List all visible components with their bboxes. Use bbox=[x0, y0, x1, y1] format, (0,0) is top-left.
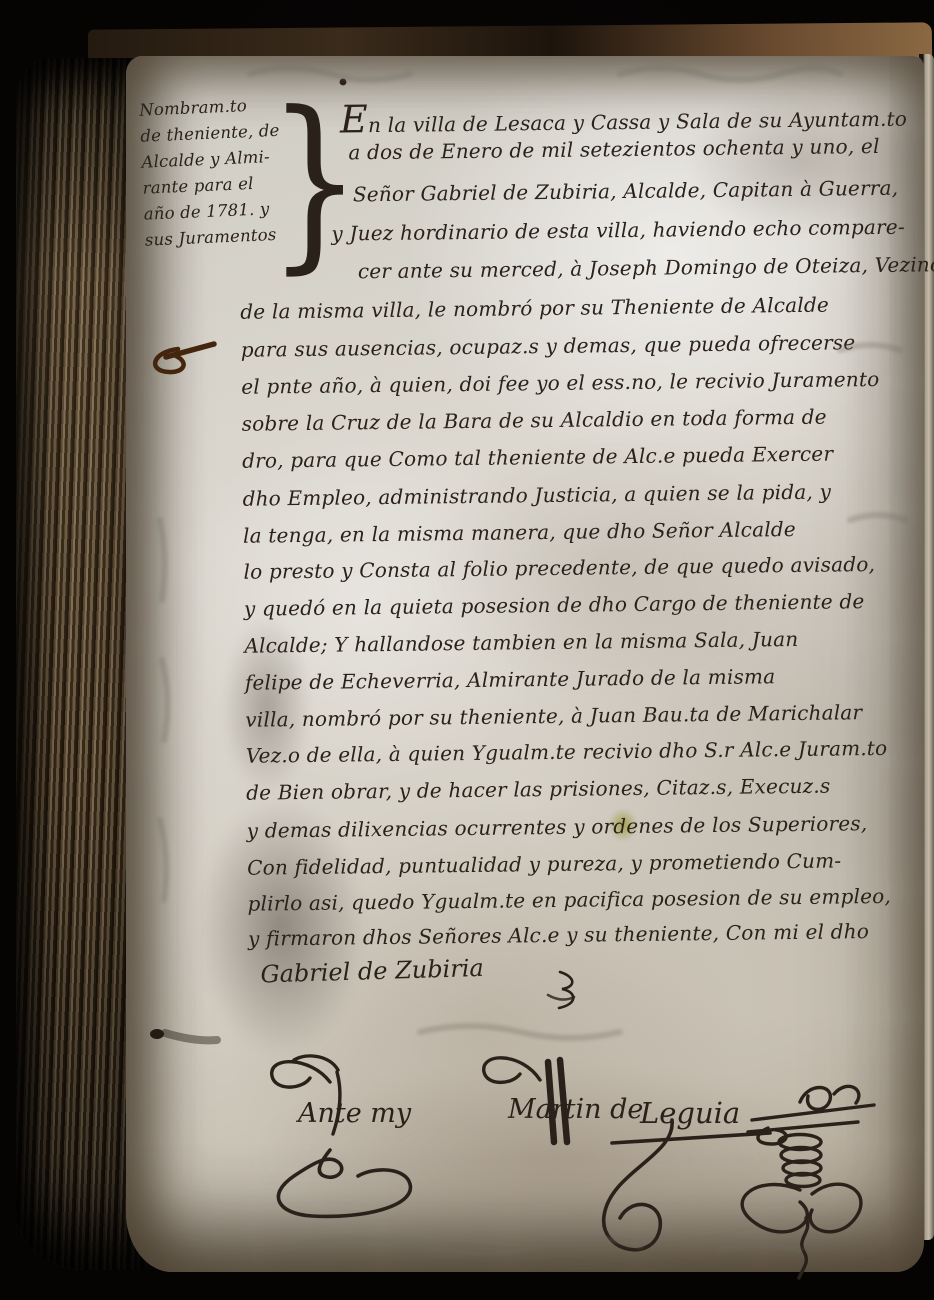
manuscript-line: dro, para que Como tal theniente de Alc.… bbox=[242, 442, 833, 473]
manuscript-line: el pnte año, à quien, doi fee yo el ess.… bbox=[241, 367, 879, 399]
manuscript-line: cer ante su merced, à Joseph Domingo de … bbox=[358, 252, 934, 283]
manuscript-line: felipe de Echeverria, Almirante Jurado d… bbox=[245, 664, 776, 694]
manuscript-line: lo presto y Consta al folio precedente, … bbox=[243, 552, 875, 584]
manuscript-line: de Bien obrar, y de hacer las prisiones,… bbox=[246, 774, 830, 805]
manuscript-line: plirlo asi, quedo Ygualm.te en pacifica … bbox=[247, 884, 891, 916]
manuscript-line: y Juez hordinario de esta villa, haviend… bbox=[331, 215, 905, 246]
alcalde-signature: Gabriel de Zubiria bbox=[260, 954, 484, 989]
notary-name-first: Martin de bbox=[508, 1094, 643, 1125]
manuscript-line: Alcalde; Y hallandose tambien en la mism… bbox=[244, 627, 798, 658]
manuscript-photo: Nombram.to de theniente, de Alcalde y Al… bbox=[0, 0, 934, 1300]
manuscript-line: Vez.o de ella, à quien Ygualm.te recivio… bbox=[246, 736, 888, 768]
manuscript-line: y quedó en la quieta posesion de dho Car… bbox=[244, 589, 865, 621]
manuscript-line: Con fidelidad, puntualidad y pureza, y p… bbox=[247, 848, 841, 879]
manuscript-line: la tenga, en la misma manera, que dho Se… bbox=[243, 517, 796, 548]
manuscript-line: sobre la Cruz de la Bara de su Alcaldio … bbox=[242, 405, 827, 436]
ante-my-text: Ante my bbox=[298, 1098, 411, 1129]
manuscript-line: y demas dilixencias ocurrentes y ordenes… bbox=[247, 811, 868, 843]
body-text: En la villa de Lesaca y Cassa y Sala de … bbox=[0, 0, 934, 1300]
manuscript-line: de la misma villa, le nombró por su Then… bbox=[240, 293, 829, 324]
manuscript-line: villa, nombró por su theniente, à Juan B… bbox=[245, 700, 862, 732]
manuscript-line: Señor Gabriel de Zubiria, Alcalde, Capit… bbox=[353, 176, 899, 207]
manuscript-line: a dos de Enero de mil setezientos ochent… bbox=[348, 134, 879, 164]
manuscript-line: y firmaron dhos Señores Alc.e y su theni… bbox=[248, 919, 869, 951]
manuscript-line: dho Empleo, administrando Justicia, a qu… bbox=[242, 480, 831, 511]
manuscript-line: para sus ausencias, ocupaz.s y demas, qu… bbox=[241, 330, 856, 362]
notary-name-last: Leguia bbox=[640, 1096, 740, 1130]
